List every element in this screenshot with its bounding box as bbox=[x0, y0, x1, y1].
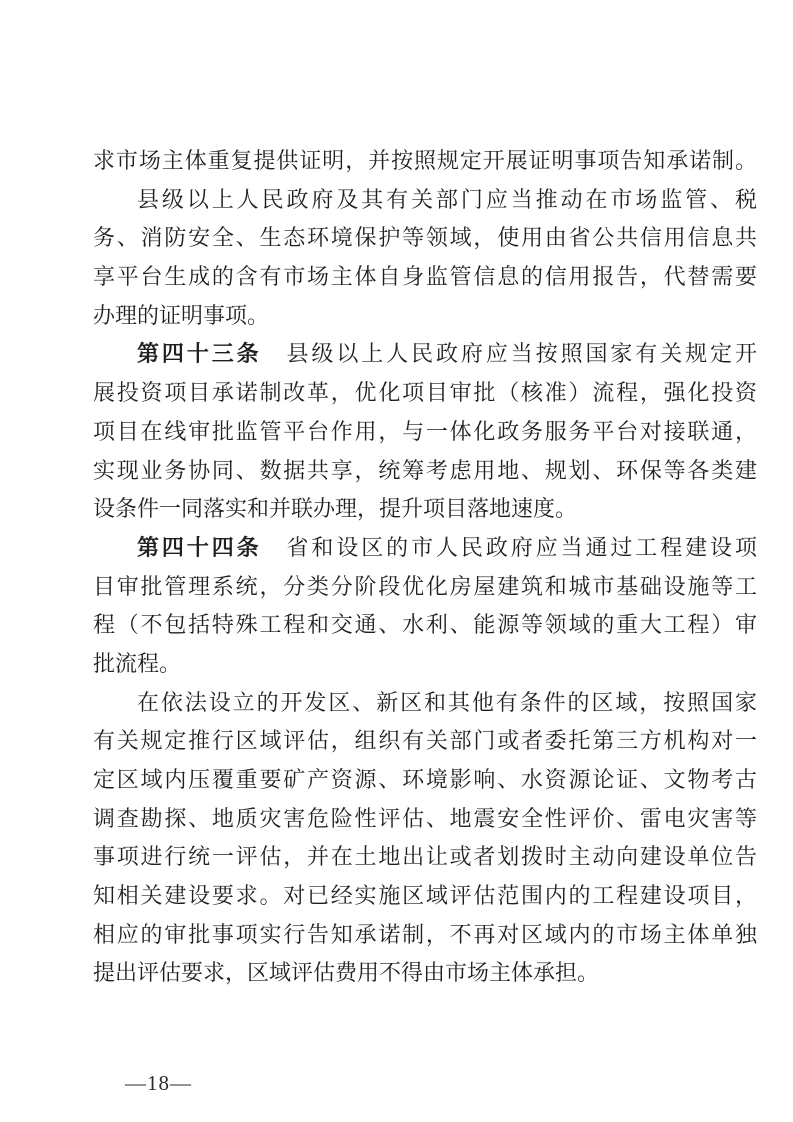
text-line: 批流程。 bbox=[93, 645, 757, 684]
text-line: 事项进行统一评估，并在土地出让或者划拨时主动向建设单位告 bbox=[93, 838, 757, 877]
article-text: 县级以上人民政府应当按照国家有关规定开 bbox=[262, 341, 757, 366]
text-line: 程（不包括特殊工程和交通、水利、能源等领域的重大工程）审 bbox=[93, 606, 757, 645]
text-line: 知相关建设要求。对已经实施区域评估范围内的工程建设项目， bbox=[93, 877, 757, 916]
text-line: 提出评估要求，区域评估费用不得由市场主体承担。 bbox=[93, 954, 757, 993]
article-number: 第四十四条 bbox=[137, 535, 262, 560]
text-line: 在依法设立的开发区、新区和其他有条件的区域，按照国家 bbox=[93, 684, 757, 723]
text-line: 项目在线审批监管平台作用，与一体化政务服务平台对接联通， bbox=[93, 413, 757, 452]
text-line: 求市场主体重复提供证明，并按照规定开展证明事项告知承诺制。 bbox=[93, 142, 757, 181]
document-page: 求市场主体重复提供证明，并按照规定开展证明事项告知承诺制。 县级以上人民政府及其… bbox=[0, 0, 793, 1122]
article-line: 第四十三条 县级以上人民政府应当按照国家有关规定开 bbox=[93, 335, 757, 374]
document-body: 求市场主体重复提供证明，并按照规定开展证明事项告知承诺制。 县级以上人民政府及其… bbox=[93, 142, 757, 993]
article-line: 第四十四条 省和设区的市人民政府应当通过工程建设项 bbox=[93, 529, 757, 568]
text-line: 有关规定推行区域评估，组织有关部门或者委托第三方机构对一 bbox=[93, 722, 757, 761]
article-number: 第四十三条 bbox=[137, 341, 262, 366]
page-number: —18— bbox=[125, 1071, 192, 1095]
text-line: 目审批管理系统，分类分阶段优化房屋建筑和城市基础设施等工 bbox=[93, 568, 757, 607]
text-line: 展投资项目承诺制改革，优化项目审批（核准）流程，强化投资 bbox=[93, 374, 757, 413]
text-line: 实现业务协同、数据共享，统筹考虑用地、规划、环保等各类建 bbox=[93, 452, 757, 491]
article-text: 省和设区的市人民政府应当通过工程建设项 bbox=[262, 535, 757, 560]
text-line: 设条件一同落实和并联办理，提升项目落地速度。 bbox=[93, 490, 757, 529]
text-line: 调查勘探、地质灾害危险性评估、地震安全性评价、雷电灾害等 bbox=[93, 800, 757, 839]
text-line: 办理的证明事项。 bbox=[93, 297, 757, 336]
text-line: 定区域内压覆重要矿产资源、环境影响、水资源论证、文物考古 bbox=[93, 761, 757, 800]
text-line: 务、消防安全、生态环境保护等领域，使用由省公共信用信息共 bbox=[93, 219, 757, 258]
text-line: 相应的审批事项实行告知承诺制，不再对区域内的市场主体单独 bbox=[93, 916, 757, 955]
text-line: 享平台生成的含有市场主体自身监管信息的信用报告，代替需要 bbox=[93, 258, 757, 297]
text-line: 县级以上人民政府及其有关部门应当推动在市场监管、税 bbox=[93, 181, 757, 220]
